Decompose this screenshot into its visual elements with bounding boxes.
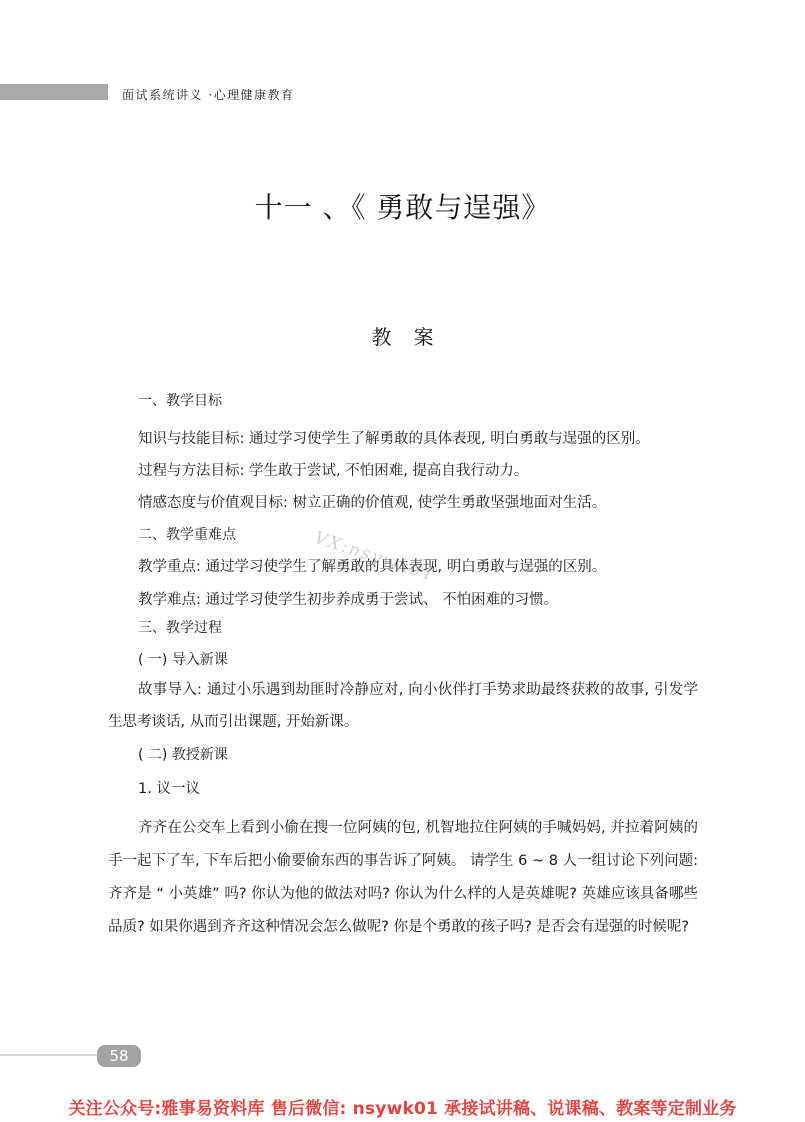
- discussion-paragraph: 齐齐在公交车上看到小偷在搜一位阿姨的包, 机智地拉住阿姨的手喊妈妈, 并拉着阿姨…: [108, 812, 698, 944]
- difficult-point: 教学难点: 通过学习使学生初步养成勇于尝试、 不怕困难的习惯。: [138, 588, 558, 609]
- section-heading-process: 三、教学过程: [138, 617, 222, 637]
- subsection-intro: ( 一) 导入新课: [138, 649, 228, 669]
- objective-knowledge: 知识与技能目标: 通过学习使学生了解勇敢的具体表现, 明白勇敢与逞强的区别。: [138, 427, 650, 448]
- page-subtitle: 教案: [0, 321, 805, 350]
- objective-process: 过程与方法目标: 学生敢于尝试, 不怕困难, 提高自我行动力。: [138, 459, 528, 480]
- header-bar: [0, 84, 108, 100]
- promo-banner: 关注公众号:雅事易资料库 售后微信: nsywk01 承接试讲稿、说课稿、教案等…: [0, 1094, 805, 1119]
- section-heading-objectives: 一、教学目标: [138, 390, 222, 410]
- footer-divider: [0, 1054, 100, 1056]
- running-header: 面试系统讲义 ·心理健康教育: [122, 86, 295, 103]
- intro-paragraph: 故事导入: 通过小乐遇到劫匪时冷静应对, 向小伙伴打手势求助最终获救的故事, 引…: [108, 674, 698, 738]
- section-heading-key-points: 二、教学重难点: [138, 524, 236, 544]
- objective-emotion: 情感态度与价值观目标: 树立正确的价值观, 使学生勇敢坚强地面对生活。: [138, 491, 606, 512]
- discussion-item: 1. 议一议: [138, 777, 200, 798]
- page-number-badge: 58: [97, 1045, 141, 1067]
- page-title: 十一 、《 勇敢与逞强》: [0, 186, 805, 226]
- subsection-teaching: ( 二) 教授新课: [138, 744, 228, 764]
